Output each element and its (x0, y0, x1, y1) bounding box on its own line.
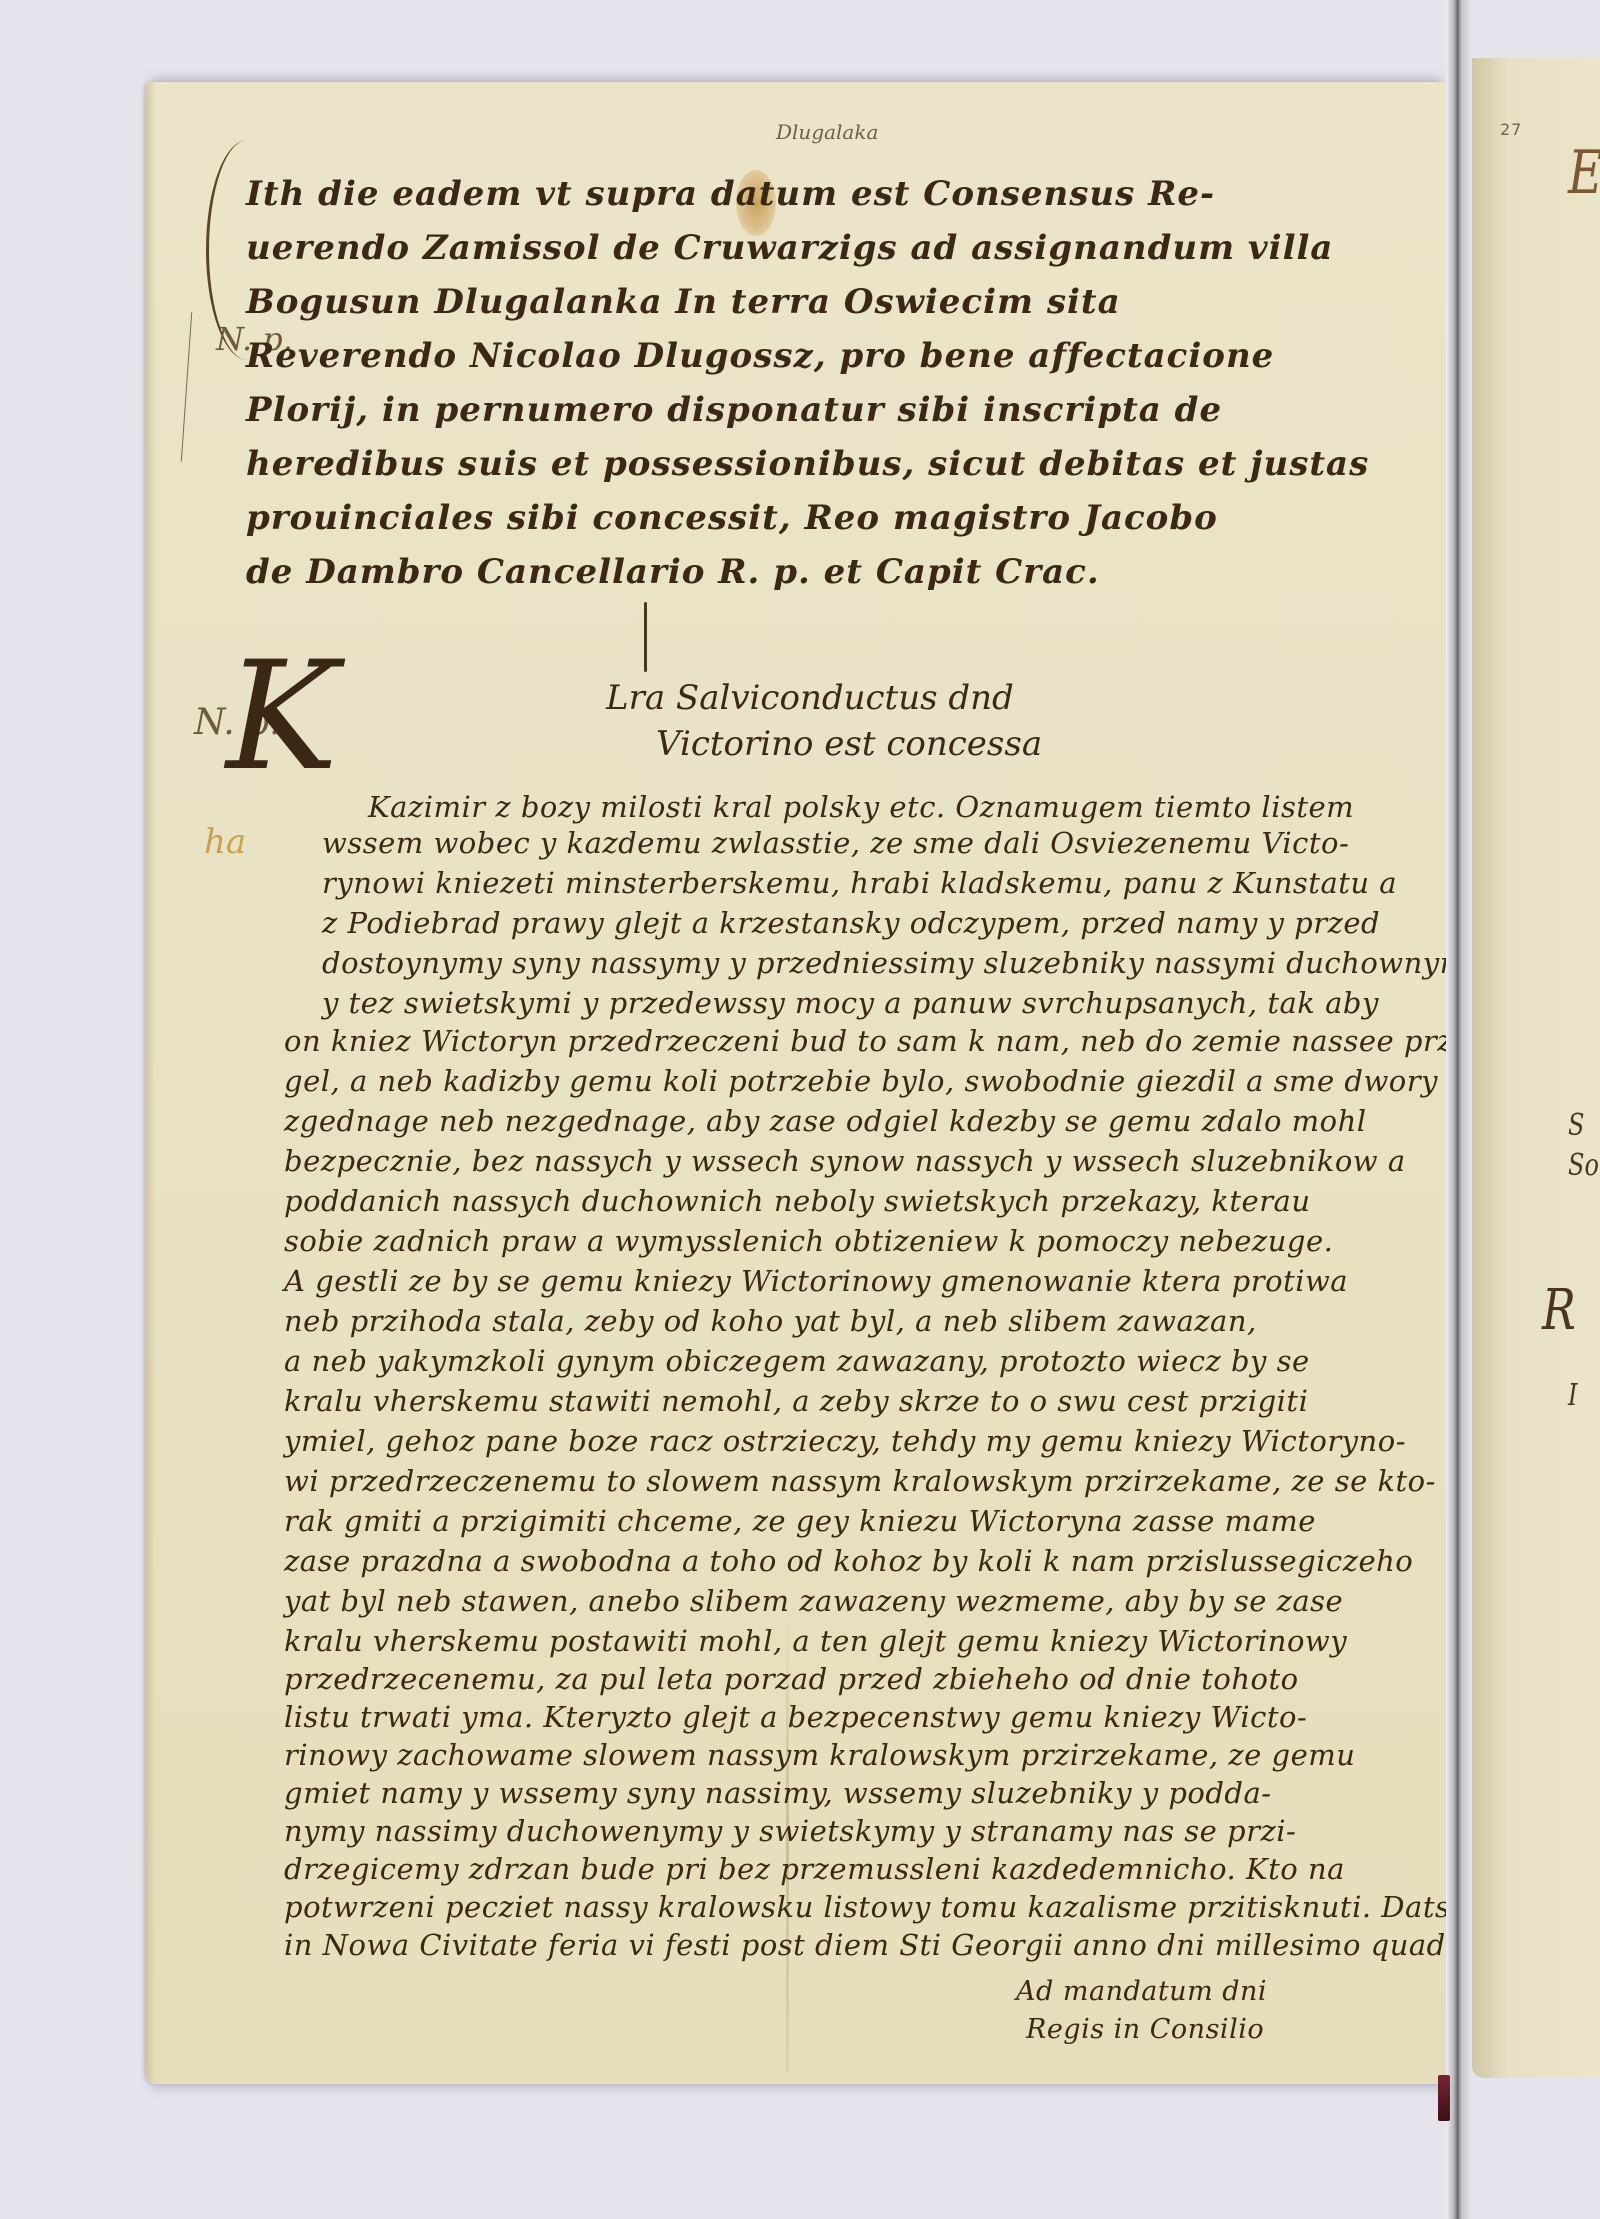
body-line: potwrzeni pecziet nassy kralowsku listow… (284, 1890, 1450, 1924)
body-line: A gestli ze by se gemu kniezy Wictorinow… (284, 1264, 1348, 1298)
body-line: y tez swietskymi y przedewssy mocy a pan… (322, 986, 1379, 1020)
body-line: zase prazdna a swobodna a toho od kohoz … (284, 1544, 1413, 1578)
binding-clip (1438, 2075, 1450, 2121)
body-line: listu trwati yma. Kteryzto glejt a bezpe… (284, 1700, 1307, 1734)
entry-1-line: Plorij, in pernumero disponatur sibi ins… (246, 390, 1222, 430)
body-line: gel, a neb kadizby gemu koli potrzebie b… (284, 1064, 1438, 1098)
entry-1-line: Reverendo Nicolao Dlugossz, pro bene aff… (246, 336, 1274, 376)
book-binding-gutter (1446, 0, 1472, 2219)
place-name-note: Dlugalaka (776, 120, 878, 144)
body-line: rak gmiti a przigimiti chceme, ze gey kn… (284, 1504, 1316, 1538)
entry-1-line: Ith die eadem vt supra datum est Consens… (246, 174, 1215, 214)
body-line: neb przihoda stala, zeby od koho yat byl… (284, 1304, 1257, 1338)
body-line: ymiel, gehoz pane boze racz ostrzieczy, … (284, 1424, 1406, 1458)
body-line: kralu vherskemu stawiti nemohl, a zeby s… (284, 1384, 1308, 1418)
body-line: kralu vherskemu postawiti mohl, a ten gl… (284, 1624, 1347, 1658)
entry-1-line: heredibus suis et possessionibus, sicut … (246, 444, 1369, 484)
body-line: dostoynymy syny nassymy y przedniessimy … (322, 946, 1477, 980)
manuscript-page: Dlugalaka N. p. Ith die eadem vt supra d… (146, 82, 1446, 2084)
body-line: gmiet namy y wssemy syny nassimy, wssemy… (284, 1776, 1272, 1810)
entry-1-line: uerendo Zamissol de Cruwarzigs ad assign… (246, 228, 1333, 268)
body-line: zgednage neb nezgednage, aby zase odgiel… (284, 1104, 1367, 1138)
body-line: poddanich nassych duchownich neboly swie… (284, 1184, 1311, 1218)
entry-1-line: Bogusun Dlugalanka In terra Oswiecim sit… (246, 282, 1121, 322)
body-line: Kazimir z bozy milosti kral polsky etc. … (368, 790, 1354, 824)
facing-page-fragment: S (1568, 1108, 1584, 1143)
closing-line: Ad mandatum dni (1016, 1976, 1267, 2007)
entry-2-title-line: Lra Salviconductus dnd (606, 678, 1014, 718)
body-line: rinowy zachowame slowem nassym kralowsky… (284, 1738, 1355, 1772)
closing-line: Regis in Consilio (1026, 2014, 1264, 2045)
entry-1-line: prouinciales sibi concessit, Reo magistr… (246, 498, 1218, 538)
body-line: a neb yakymzkoli gynym obiczegem zawazan… (284, 1344, 1310, 1378)
body-line: wssem wobec y kazdemu zwlasstie, ze sme … (322, 826, 1349, 860)
facing-page-fragment: I (1568, 1378, 1577, 1413)
facing-page: 27 E S So R I (1472, 58, 1600, 2078)
body-line: on kniez Wictoryn przedrzeczeni bud to s… (284, 1024, 1473, 1058)
body-line: drzegicemy zdrzan bude pri bez przemussl… (284, 1852, 1345, 1886)
body-line: in Nowa Civitate feria vi festi post die… (284, 1928, 1489, 1962)
manuscript-scan: Dlugalaka N. p. Ith die eadem vt supra d… (0, 0, 1600, 2219)
descender-stroke (644, 602, 647, 672)
entry-2-drop-cap: K (226, 642, 338, 792)
entry-2-title-line: Victorino est concessa (656, 724, 1042, 764)
facing-page-fragment: R (1542, 1278, 1576, 1343)
facing-page-fragment: E (1568, 138, 1600, 208)
body-line: nymy nassimy duchowenymy y swietskymy y … (284, 1814, 1296, 1848)
body-line: sobie zadnich praw a wymysslenich obtize… (284, 1224, 1333, 1258)
body-line: rynowi kniezeti minsterberskemu, hrabi k… (322, 866, 1397, 900)
body-line: bezpecznie, bez nassych y wssech synow n… (284, 1144, 1406, 1178)
folio-number: 27 (1500, 120, 1522, 139)
body-line: przedrzecenemu, za pul leta porzad przed… (284, 1662, 1299, 1696)
entry-1-margin-stroke (181, 312, 192, 462)
body-line: wi przedrzeczenemu to slowem nassym kral… (284, 1464, 1436, 1498)
yellow-margin-note: ha (204, 822, 246, 862)
facing-page-fragment: So (1568, 1148, 1599, 1183)
entry-1-line: de Dambro Cancellario R. p. et Capit Cra… (246, 552, 1100, 592)
body-line: z Podiebrad prawy glejt a krzestansky od… (322, 906, 1380, 940)
body-line: yat byl neb stawen, anebo slibem zawazen… (284, 1584, 1343, 1618)
